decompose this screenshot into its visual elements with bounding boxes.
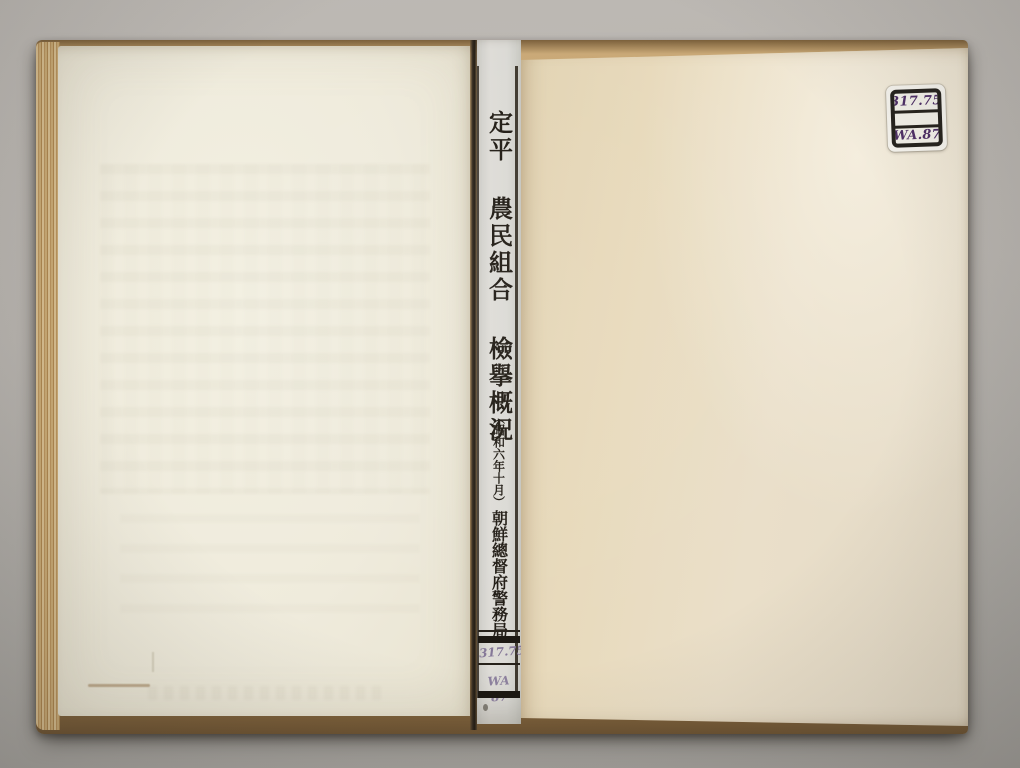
spine-rule-mid <box>478 663 520 665</box>
photo-backdrop: 定平 農民組合 檢擧概況 （昭和六年十月） 朝鮮總督府警務局 317.75 WA… <box>0 0 1020 768</box>
spine-border-left <box>477 66 479 698</box>
gutter-shadow <box>470 40 477 730</box>
sticker-row-top: 317.75 <box>894 92 938 111</box>
left-page-stack-edge <box>36 42 60 730</box>
book: 定平 農民組合 檢擧概況 （昭和六年十月） 朝鮮總督府警務局 317.75 WA… <box>36 40 968 734</box>
spine-call-number-bottom: WA 87 <box>478 672 520 706</box>
sticker-frame: 317.75 WA.87 <box>890 88 943 148</box>
ink-speck <box>483 704 488 711</box>
spine-date-note: （昭和六年十月） <box>491 412 508 508</box>
spine-title: 定平 農民組合 檢擧概況 <box>482 110 517 444</box>
micro-print-smudge <box>88 684 150 687</box>
fold-mark <box>152 652 154 672</box>
sticker-row-bottom: WA.87 <box>895 127 938 143</box>
ghost-text-bleedthrough <box>120 514 420 624</box>
ghost-text-bleedthrough <box>148 686 388 700</box>
spine-tape: 定平 農民組合 檢擧概況 （昭和六年十月） 朝鮮總督府警務局 317.75 WA… <box>477 40 521 724</box>
call-number-sticker: 317.75 WA.87 <box>886 84 947 152</box>
spine-publisher: 朝鮮總督府警務局 <box>488 510 511 638</box>
sticker-row-middle <box>895 112 938 125</box>
sticker-call-number-bottom: WA.87 <box>895 127 938 143</box>
left-page <box>58 46 470 716</box>
ghost-text-bleedthrough <box>100 164 430 494</box>
sticker-call-number-top: 317.75 <box>894 93 938 110</box>
spine-band-lower <box>478 691 520 698</box>
spine-rule-top <box>478 630 520 632</box>
right-page: 317.75 WA.87 <box>521 48 968 728</box>
spine-call-number-top: 317.75 <box>478 643 519 662</box>
